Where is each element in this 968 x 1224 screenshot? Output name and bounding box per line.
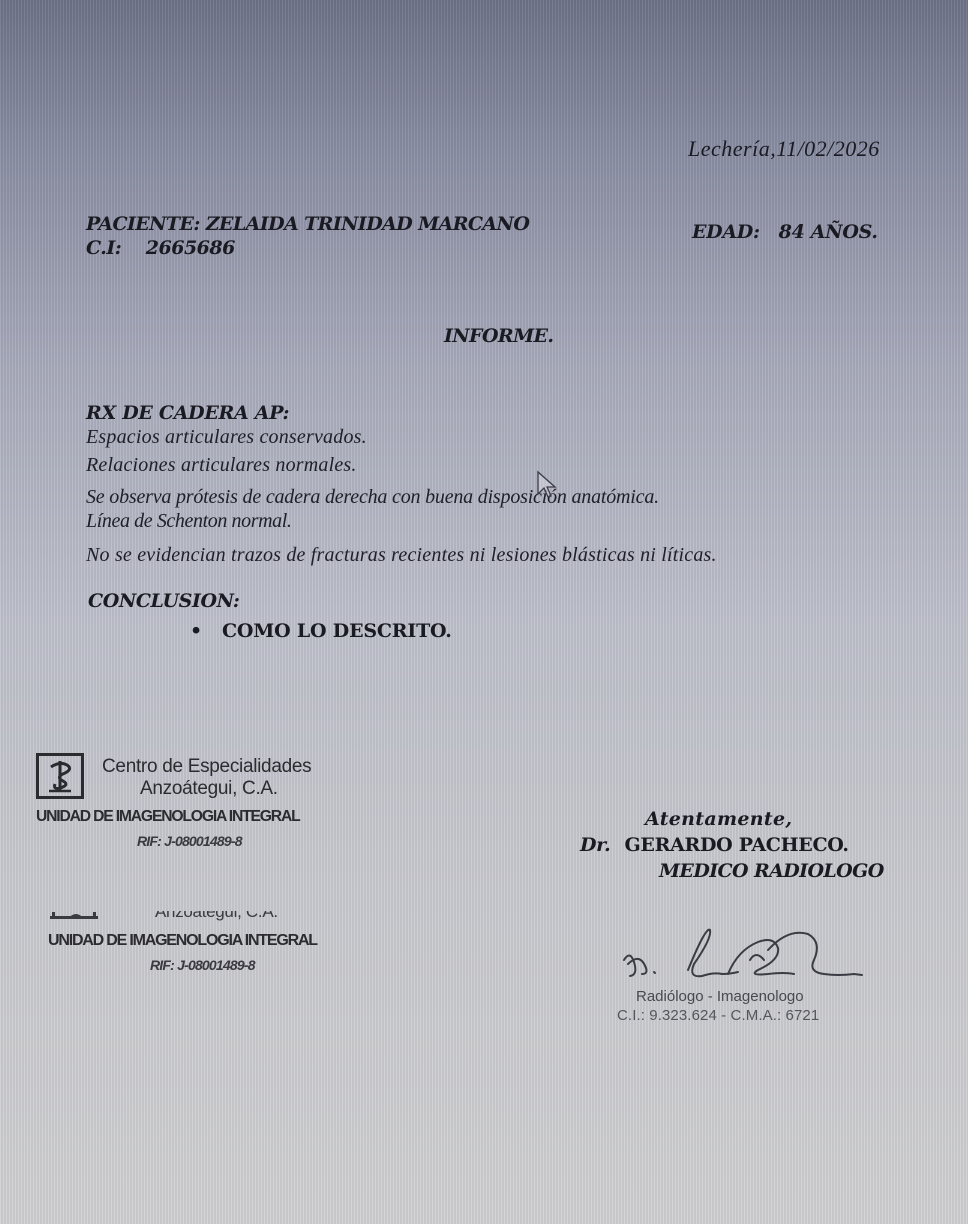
- report-title: INFORME.: [444, 325, 553, 347]
- closing-text: Atentamente,: [645, 808, 792, 830]
- caduceus-icon: [36, 753, 84, 799]
- stamp-partial-location: Anzoátegui, C.A.: [155, 902, 278, 922]
- finding-line: Espacios articulares conservados.: [86, 426, 367, 449]
- stamp-rif: RIF: J-08001489-8: [137, 833, 242, 849]
- conclusion-title: CONCLUSION:: [88, 590, 240, 612]
- doctor-title: MEDICO RADIOLOGO: [659, 860, 884, 882]
- doctor-prefix: Dr.: [580, 834, 610, 856]
- study-title: RX DE CADERA AP:: [86, 402, 289, 424]
- stamp-clinic-name: Centro de Especialidades: [102, 756, 311, 778]
- stamp-rif: RIF: J-08001489-8: [150, 957, 255, 973]
- handwritten-signature: [618, 920, 868, 990]
- partial-logo-mark: [50, 912, 98, 920]
- patient-ci-line: C.I: 2665686: [86, 237, 235, 259]
- stamp-unit-name: UNIDAD DE IMAGENOLOGIA INTEGRAL: [36, 808, 299, 826]
- doctor-name: Dr.GERARDO PACHECO.: [580, 834, 849, 856]
- mouse-pointer-icon: [536, 470, 558, 500]
- finding-line: Relaciones articulares normales.: [86, 454, 357, 477]
- finding-line: No se evidencian trazos de fracturas rec…: [86, 544, 918, 566]
- conclusion-list: COMO LO DESCRITO.: [190, 620, 452, 642]
- seal-specialty: Radiólogo - Imagenologo: [636, 988, 804, 1005]
- patient-name: ZELAIDA TRINIDAD MARCANO: [206, 213, 530, 235]
- screen-moire-overlay: [0, 0, 968, 1224]
- conclusion-item: COMO LO DESCRITO.: [190, 620, 452, 642]
- patient-label: PACIENTE:: [86, 213, 200, 235]
- age-label: EDAD:: [692, 221, 760, 243]
- stamp-clinic-location: Anzoátegui, C.A.: [140, 778, 278, 800]
- patient-name-line: PACIENTE: ZELAIDA TRINIDAD MARCANO: [86, 213, 529, 235]
- finding-line: Línea de Schenton normal.: [86, 510, 292, 533]
- finding-line: Se observa prótesis de cadera derecha co…: [86, 486, 659, 509]
- seal-id-numbers: C.I.: 9.323.624 - C.M.A.: 6721: [617, 1007, 819, 1024]
- ci-label: C.I:: [86, 237, 121, 259]
- place-date: Lechería,11/02/2026: [688, 136, 880, 162]
- patient-age-line: EDAD: 84 AÑOS.: [692, 221, 878, 243]
- stamp-unit-name: UNIDAD DE IMAGENOLOGIA INTEGRAL: [48, 932, 317, 950]
- age-value: 84 AÑOS.: [779, 221, 878, 243]
- ci-value: 2665686: [146, 237, 235, 259]
- doctor-name-text: GERARDO PACHECO.: [624, 834, 848, 856]
